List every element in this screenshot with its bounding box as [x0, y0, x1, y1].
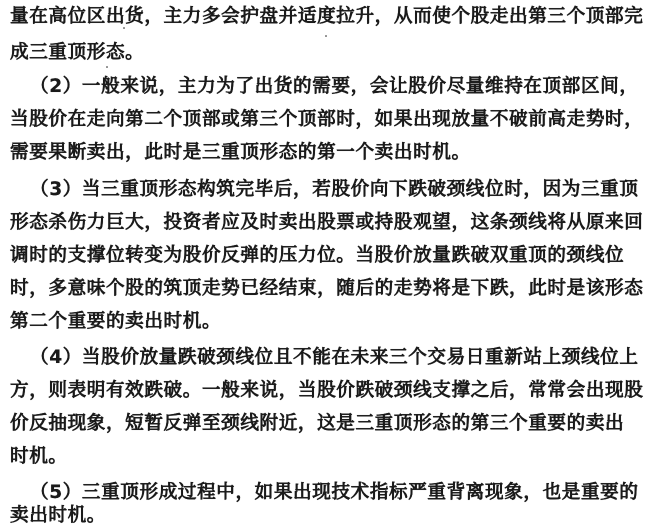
text-line: （3）当三重顶形态构筑完毕后，若股价向下跌破颈线位时，因为三重顶 — [30, 177, 628, 203]
text-line: 调时的支撑位转变为股价反弹的压力位。当股价放量跌破双重顶的颈线位 — [10, 243, 640, 269]
text-line: 第二个重要的卖出时机。 — [10, 309, 640, 335]
text-line: 成三重顶形态。 — [10, 40, 640, 66]
text-line: 方，则表明有效跌破。一般来说，当股价跌破颈线支撑之后，常常会出现股 — [10, 378, 640, 404]
text-line: 当股价在走向第二个顶部或第三个顶部时，如果出现放量不破前高走势时， — [10, 107, 640, 133]
document-page: 量在高位区出货，主力多会护盘并适度拉升，从而使个股走出第三个顶部完 成三重顶形态… — [0, 0, 649, 528]
text-line: （5）三重顶形成过程中，如果出现技术指标严重背离现象，也是重要的 — [30, 480, 628, 506]
text-line: 价反抽现象，短暂反弹至颈线附近，这是三重顶形态的第三个重要的卖出 — [10, 411, 640, 437]
text-line: 时机。 — [10, 444, 640, 470]
text-line: 卖出时机。 — [10, 505, 640, 527]
text-line: 时，多意味个股的筑顶走势已经结束，随后的走势将是下跌，此时是该形态 — [10, 276, 640, 302]
text-line: 量在高位区出货，主力多会护盘并适度拉升，从而使个股走出第三个顶部完 — [10, 4, 640, 30]
text-line: 需要果断卖出，此时是三重顶形态的第一个卖出时机。 — [10, 140, 640, 166]
scan-speck — [123, 27, 125, 29]
text-line: （4）当股价放量跌破颈线位且不能在未来三个交易日重新站上颈线位上 — [30, 345, 628, 371]
scan-speck — [325, 35, 327, 37]
text-line: （2）一般来说，主力为了出货的需要，会让股价尽量维持在顶部区间， — [30, 74, 628, 100]
scan-speck — [106, 66, 108, 68]
text-line: 形态杀伤力巨大，投资者应及时卖出股票或持股观望，这条颈线将从原来回 — [10, 210, 640, 236]
